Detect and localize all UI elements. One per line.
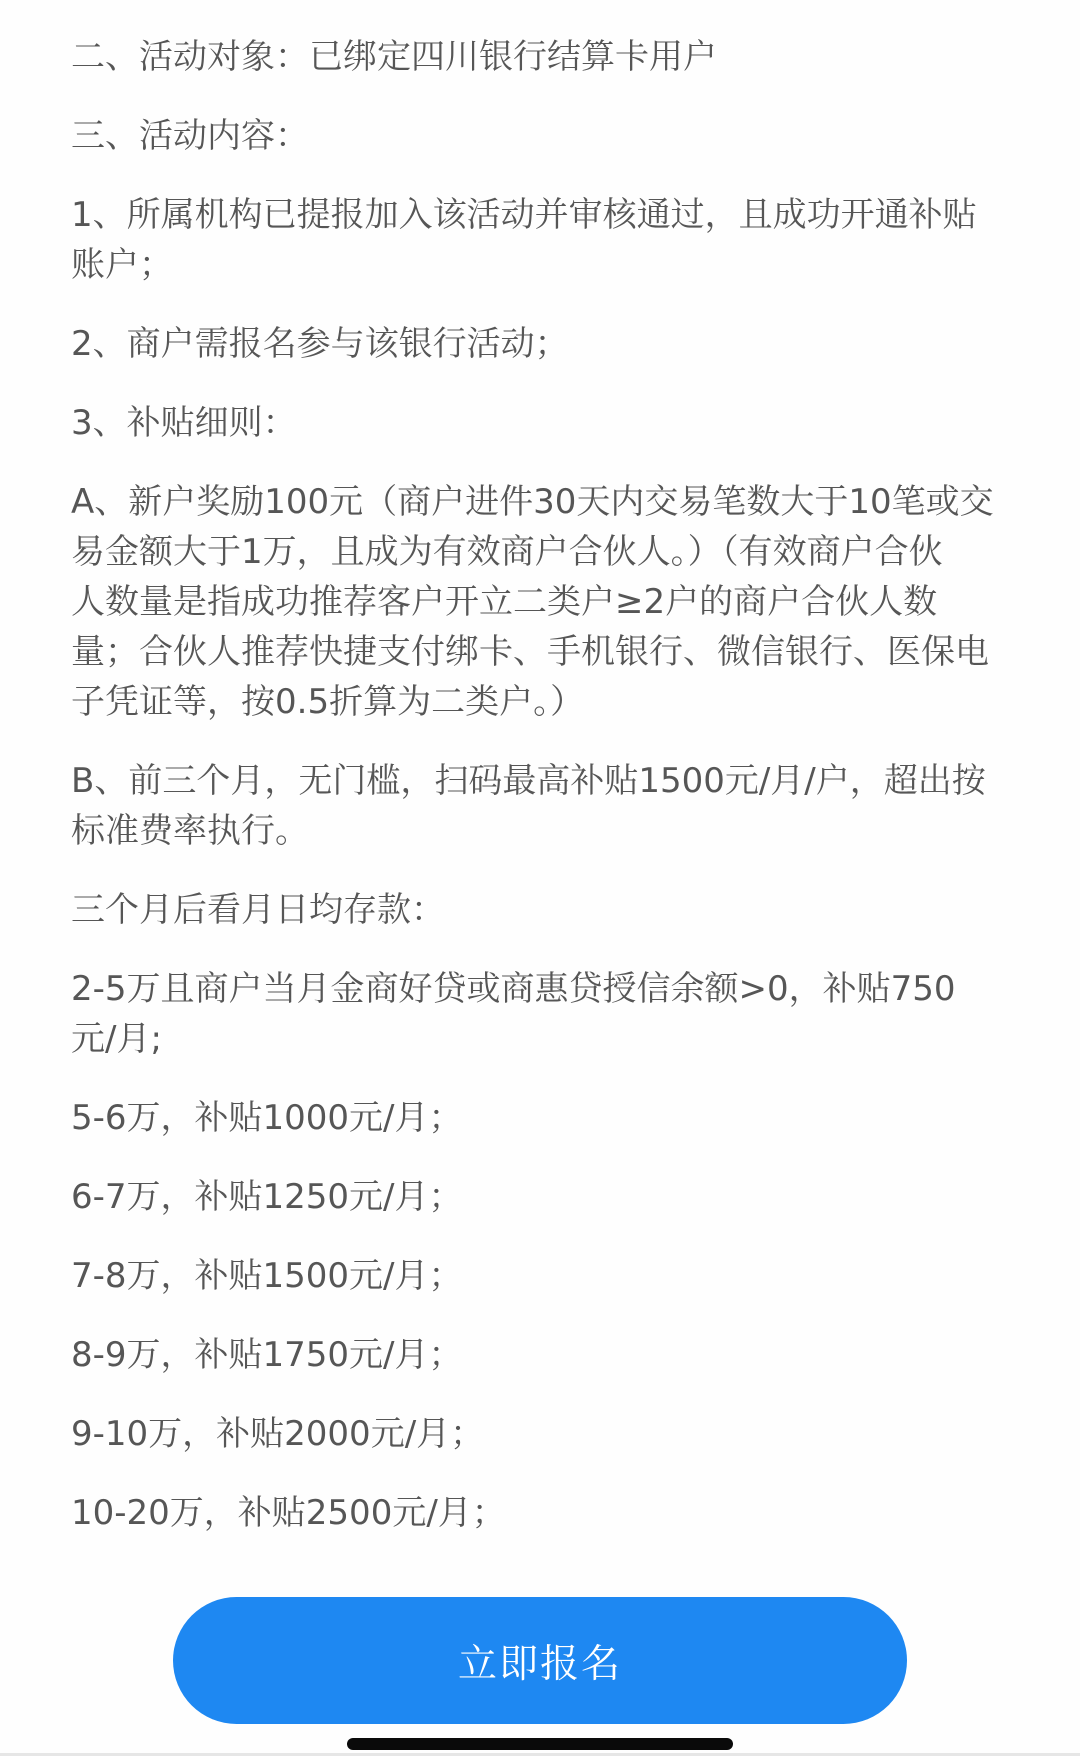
text-line: B、前三个月，无门槛，扫码最高补贴1500元/月/户，超出按	[71, 756, 1031, 806]
text-line: 账户；	[71, 240, 1031, 290]
tier-6-7w: 6-7万，补贴1250元/月；	[71, 1172, 1031, 1222]
text-line: 7-8万，补贴1500元/月；	[71, 1251, 1031, 1301]
text-line: 1、所属机构已提报加入该活动并审核通过，且成功开通补贴	[71, 190, 1031, 240]
text-line: 3、补贴细则：	[71, 398, 1031, 448]
text-line: 标准费率执行。	[71, 806, 1031, 856]
text-line: 元/月;	[71, 1014, 1031, 1064]
text-line: 9-10万，补贴2000元/月；	[71, 1409, 1031, 1459]
section-content-heading: 三、活动内容：	[71, 111, 1031, 161]
rule-a-new-merchant-reward: A、新户奖励100元（商户进件30天内交易笔数大于10笔或交 易金额大于1万，且…	[71, 477, 1031, 727]
activity-rules-content: 二、活动对象：已绑定四川银行结算卡用户 三、活动内容： 1、所属机构已提报加入该…	[71, 32, 1031, 1567]
text-line: 二、活动对象：已绑定四川银行结算卡用户	[71, 32, 1031, 82]
rule-b-first-three-months: B、前三个月，无门槛，扫码最高补贴1500元/月/户，超出按 标准费率执行。	[71, 756, 1031, 856]
register-now-button[interactable]: 立即报名	[173, 1597, 907, 1724]
section-target-users: 二、活动对象：已绑定四川银行结算卡用户	[71, 32, 1031, 82]
tier-10-20w: 10-20万，补贴2500元/月；	[71, 1488, 1031, 1538]
tier-9-10w: 9-10万，补贴2000元/月；	[71, 1409, 1031, 1459]
home-indicator[interactable]	[347, 1738, 733, 1750]
rule-1: 1、所属机构已提报加入该活动并审核通过，且成功开通补贴 账户；	[71, 190, 1031, 290]
tier-8-9w: 8-9万，补贴1750元/月；	[71, 1330, 1031, 1380]
tier-7-8w: 7-8万，补贴1500元/月；	[71, 1251, 1031, 1301]
text-line: 人数量是指成功推荐客户开立二类户≥2户的商户合伙人数	[71, 577, 1031, 627]
text-line: A、新户奖励100元（商户进件30天内交易笔数大于10笔或交	[71, 477, 1031, 527]
text-line: 2、商户需报名参与该银行活动；	[71, 319, 1031, 369]
text-line: 量；合伙人推荐快捷支付绑卡、手机银行、微信银行、医保电	[71, 627, 1031, 677]
deposit-tiers-heading: 三个月后看月日均存款：	[71, 885, 1031, 935]
text-line: 6-7万，补贴1250元/月；	[71, 1172, 1031, 1222]
rule-2: 2、商户需报名参与该银行活动；	[71, 319, 1031, 369]
tier-2-5w: 2-5万且商户当月金商好贷或商惠贷授信余额>0，补贴750 元/月;	[71, 964, 1031, 1064]
text-line: 2-5万且商户当月金商好贷或商惠贷授信余额>0，补贴750	[71, 964, 1031, 1014]
tier-5-6w: 5-6万，补贴1000元/月；	[71, 1093, 1031, 1143]
rule-3-heading: 3、补贴细则：	[71, 398, 1031, 448]
text-line: 易金额大于1万，且成为有效商户合伙人。）（有效商户合伙	[71, 527, 1031, 577]
text-line: 三、活动内容：	[71, 111, 1031, 161]
text-line: 三个月后看月日均存款：	[71, 885, 1031, 935]
text-line: 子凭证等，按0.5折算为二类户。）	[71, 677, 1031, 727]
text-line: 10-20万，补贴2500元/月；	[71, 1488, 1031, 1538]
register-now-label: 立即报名	[458, 1633, 622, 1689]
text-line: 8-9万，补贴1750元/月；	[71, 1330, 1031, 1380]
text-line: 5-6万，补贴1000元/月；	[71, 1093, 1031, 1143]
